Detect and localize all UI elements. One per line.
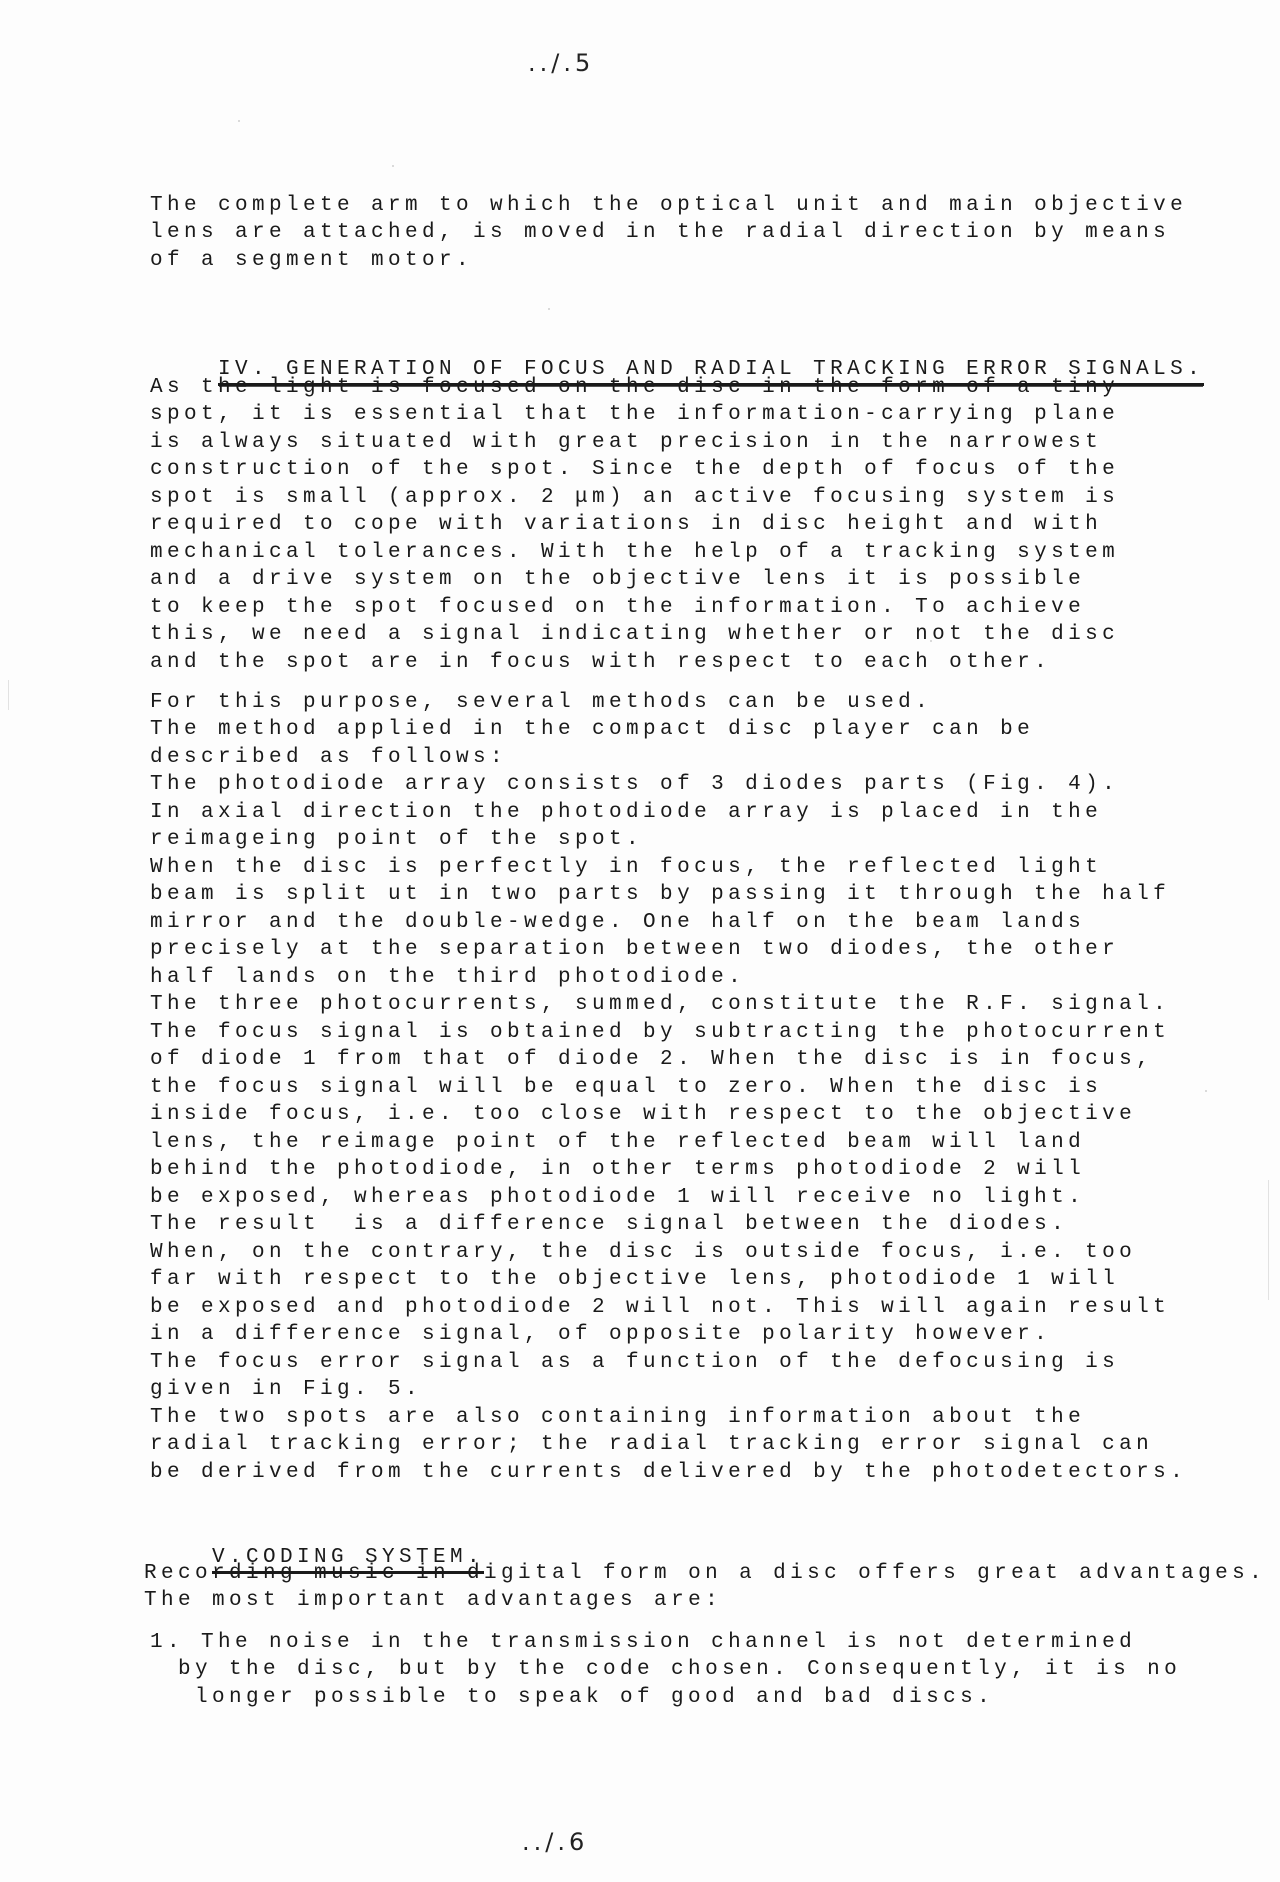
text-line: beam is split ut in two parts by passing…: [150, 881, 1187, 909]
text-line: mechanical tolerances. With the help of …: [150, 539, 1119, 567]
text-line: the focus signal will be equal to zero. …: [150, 1074, 1187, 1102]
text-line: As the light is focused on the disc in t…: [150, 374, 1119, 402]
text-line: lens, the reimage point of the reflected…: [150, 1129, 1187, 1157]
text-line: be exposed and photodiode 2 will not. Th…: [150, 1294, 1187, 1322]
scan-speck: [238, 120, 240, 122]
text-line: For this purpose, several methods can be…: [150, 689, 1187, 717]
text-line: behind the photodiode, in other terms ph…: [150, 1156, 1187, 1184]
text-line: The three photocurrents, summed, constit…: [150, 991, 1187, 1019]
section-v-paragraph-intro: Recording music in digital form on a dis…: [144, 1560, 1266, 1615]
text-line: When, on the contrary, the disc is outsi…: [150, 1239, 1187, 1267]
scan-speck: [392, 165, 394, 167]
text-line: spot, it is essential that the informati…: [150, 401, 1119, 429]
list-item-line: by the disc, but by the code chosen. Con…: [150, 1656, 1181, 1684]
text-line: spot is small (approx. 2 μm) an active f…: [150, 484, 1119, 512]
text-line: of diode 1 from that of diode 2. When th…: [150, 1046, 1187, 1074]
text-line: reimageing point of the spot.: [150, 826, 1187, 854]
section-iv-paragraph-method: For this purpose, several methods can be…: [150, 689, 1187, 1487]
footer-page-reference: ../.6: [522, 1828, 588, 1856]
scan-edge-mark: [8, 680, 9, 710]
text-line: In axial direction the photodiode array …: [150, 799, 1187, 827]
intro-paragraph: The complete arm to which the optical un…: [150, 192, 1187, 275]
scan-edge-mark: [1268, 1180, 1269, 1300]
text-line: to keep the spot focused on the informat…: [150, 594, 1119, 622]
text-line: The most important advantages are:: [144, 1587, 1266, 1615]
text-line: far with respect to the objective lens, …: [150, 1266, 1187, 1294]
text-line: precisely at the separation between two …: [150, 936, 1187, 964]
text-line: lens are attached, is moved in the radia…: [150, 219, 1187, 247]
text-line: The photodiode array consists of 3 diode…: [150, 771, 1187, 799]
header-page-reference: ../.5: [528, 49, 594, 77]
text-line: be derived from the currents delivered b…: [150, 1459, 1187, 1487]
text-line: be exposed, whereas photodiode 1 will re…: [150, 1184, 1187, 1212]
text-line: The two spots are also containing inform…: [150, 1404, 1187, 1432]
text-line: The focus signal is obtained by subtract…: [150, 1019, 1187, 1047]
list-item-line: 1. The noise in the transmission channel…: [150, 1629, 1181, 1657]
text-line: mirror and the double-wedge. One half on…: [150, 909, 1187, 937]
text-line: and a drive system on the objective lens…: [150, 566, 1119, 594]
text-line: The complete arm to which the optical un…: [150, 192, 1187, 220]
text-line: The method applied in the compact disc p…: [150, 716, 1187, 744]
text-line: inside focus, i.e. too close with respec…: [150, 1101, 1187, 1129]
text-line: and the spot are in focus with respect t…: [150, 649, 1119, 677]
text-line: required to cope with variations in disc…: [150, 511, 1119, 539]
text-line: this, we need a signal indicating whethe…: [150, 621, 1119, 649]
document-page: ../.5 The complete arm to which the opti…: [0, 0, 1280, 1882]
text-line: The result is a difference signal betwee…: [150, 1211, 1187, 1239]
text-line: is always situated with great precision …: [150, 429, 1119, 457]
text-line: described as follows:: [150, 744, 1187, 772]
text-line: of a segment motor.: [150, 247, 1187, 275]
section-iv-paragraph-focus-intro: As the light is focused on the disc in t…: [150, 374, 1119, 677]
text-line: Recording music in digital form on a dis…: [144, 1560, 1266, 1588]
text-line: in a difference signal, of opposite pola…: [150, 1321, 1187, 1349]
text-line: construction of the spot. Since the dept…: [150, 456, 1119, 484]
text-line: radial tracking error; the radial tracki…: [150, 1431, 1187, 1459]
scan-speck: [548, 308, 550, 310]
scan-speck: [1205, 1090, 1207, 1092]
text-line: When the disc is perfectly in focus, the…: [150, 854, 1187, 882]
list-item-line: longer possible to speak of good and bad…: [150, 1684, 1181, 1712]
text-line: half lands on the third photodiode.: [150, 964, 1187, 992]
advantages-list-item: 1. The noise in the transmission channel…: [150, 1629, 1181, 1712]
text-line: The focus error signal as a function of …: [150, 1349, 1187, 1377]
text-line: given in Fig. 5.: [150, 1376, 1187, 1404]
